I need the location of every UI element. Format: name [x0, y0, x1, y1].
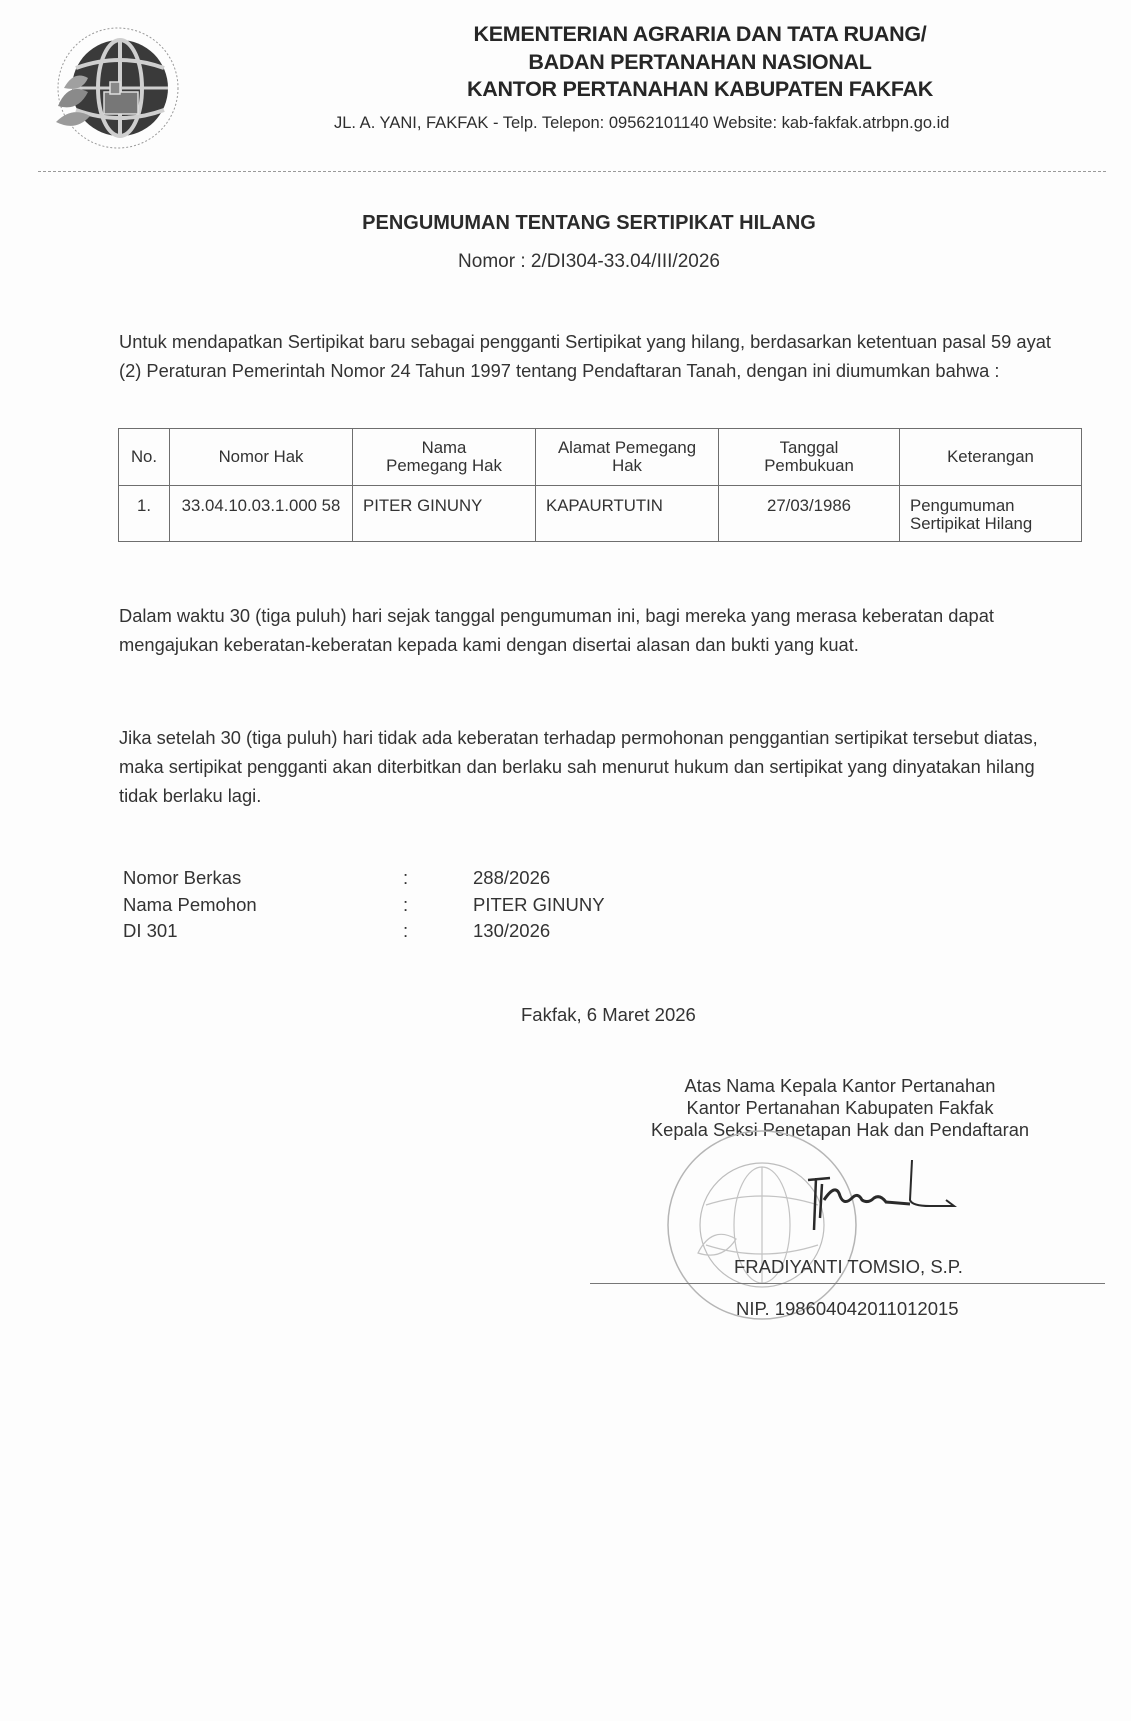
info-row-di301: DI 301 : 130/2026: [123, 918, 605, 945]
info-value: PITER GINUNY: [473, 892, 605, 919]
cell-keterangan: Pengumuman Sertipikat Hilang: [900, 486, 1082, 542]
info-row-nomor-berkas: Nomor Berkas : 288/2026: [123, 865, 605, 892]
place-date: Fakfak, 6 Maret 2026: [521, 1004, 696, 1026]
signatory-nip: NIP. 198604042011012015: [736, 1298, 959, 1320]
header-divider: [38, 171, 1106, 172]
signatory-line-1: Atas Nama Kepala Kantor Pertanahan: [600, 1075, 1080, 1097]
col-header-keterangan: Keterangan: [900, 429, 1082, 486]
objection-paragraph: Dalam waktu 30 (tiga puluh) hari sejak t…: [119, 601, 1059, 659]
cell-no: 1.: [119, 486, 170, 542]
info-value: 130/2026: [473, 918, 550, 945]
office-address: JL. A. YANI, FAKFAK - Telp. Telepon: 095…: [334, 114, 949, 133]
info-value: 288/2026: [473, 865, 550, 892]
document-number: Nomor : 2/DI304-33.04/III/2026: [0, 251, 1131, 273]
bpn-logo-icon: [48, 22, 184, 158]
handwritten-signature-icon: [800, 1160, 960, 1240]
cell-alamat-pemegang: KAPAURTUTIN: [536, 486, 719, 542]
signatory-name: FRADIYANTI TOMSIO, S.P.: [734, 1256, 963, 1278]
info-label: Nomor Berkas: [123, 865, 403, 892]
signature-underline: [590, 1283, 1105, 1284]
signatory-line-2: Kantor Pertanahan Kabupaten Fakfak: [600, 1097, 1080, 1119]
issuance-paragraph: Jika setelah 30 (tiga puluh) hari tidak …: [119, 723, 1059, 810]
agency-name: BADAN PERTANAHAN NASIONAL: [300, 50, 1100, 75]
table-row: 1. 33.04.10.03.1.000 58 PITER GINUNY KAP…: [119, 486, 1082, 542]
col-header-alamat-pemegang: Alamat Pemegang Hak: [536, 429, 719, 486]
table-header-row: No. Nomor Hak Nama Pemegang Hak Alamat P…: [119, 429, 1082, 486]
info-separator: :: [403, 892, 473, 919]
intro-paragraph: Untuk mendapatkan Sertipikat baru sebaga…: [119, 327, 1059, 385]
col-header-no: No.: [119, 429, 170, 486]
info-row-nama-pemohon: Nama Pemohon : PITER GINUNY: [123, 892, 605, 919]
col-header-tanggal-pembukuan: Tanggal Pembukuan: [719, 429, 900, 486]
ministry-name: KEMENTERIAN AGRARIA DAN TATA RUANG/: [300, 22, 1100, 47]
cell-tanggal-pembukuan: 27/03/1986: [719, 486, 900, 542]
info-label: Nama Pemohon: [123, 892, 403, 919]
col-header-nama-pemegang: Nama Pemegang Hak: [353, 429, 536, 486]
info-separator: :: [403, 918, 473, 945]
col-header-nomor-hak: Nomor Hak: [170, 429, 353, 486]
info-label: DI 301: [123, 918, 403, 945]
application-info: Nomor Berkas : 288/2026 Nama Pemohon : P…: [123, 865, 605, 945]
certificate-table: No. Nomor Hak Nama Pemegang Hak Alamat P…: [118, 428, 1082, 542]
document-title: PENGUMUMAN TENTANG SERTIPIKAT HILANG: [0, 212, 1131, 235]
info-separator: :: [403, 865, 473, 892]
cell-nomor-hak: 33.04.10.03.1.000 58: [170, 486, 353, 542]
cell-nama-pemegang: PITER GINUNY: [353, 486, 536, 542]
office-name: KANTOR PERTANAHAN KABUPATEN FAKFAK: [300, 77, 1100, 102]
